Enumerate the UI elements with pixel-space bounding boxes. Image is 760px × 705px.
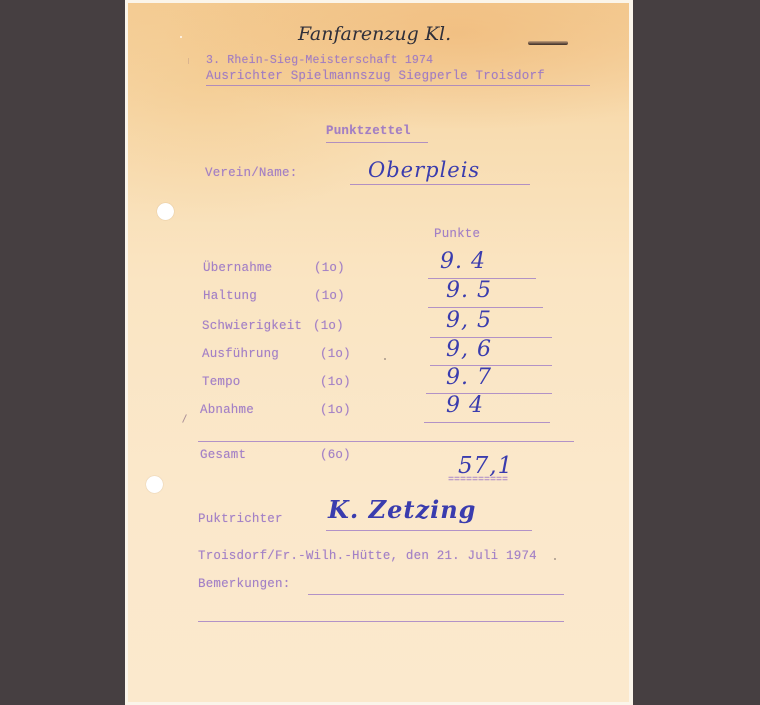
- speck: [384, 358, 386, 360]
- header-underline: [206, 85, 590, 86]
- remarks-label: Bemerkungen:: [198, 577, 290, 591]
- criterion-max: (1o): [320, 347, 351, 361]
- criterion-max: (1o): [320, 375, 351, 389]
- viewer-background: Fanfarenzug Kl. 3. Rhein-Sieg-Meistersch…: [0, 0, 760, 705]
- criterion-label: Schwierigkeit: [202, 319, 302, 333]
- total-max: (6o): [320, 448, 351, 462]
- speck: [554, 558, 556, 560]
- form-title-underline: [326, 142, 428, 143]
- points-column-header: Punkte: [434, 227, 480, 241]
- stray-mark: [182, 414, 187, 423]
- criterion-max: (1o): [314, 261, 345, 275]
- form-title: Punktzettel: [326, 124, 411, 138]
- criterion-score: 9. 5: [446, 278, 492, 303]
- criterion-label: Ausführung: [202, 347, 279, 361]
- score-underline: [426, 393, 552, 394]
- club-name-underline: [350, 184, 530, 185]
- club-name-value: Oberpleis: [368, 158, 480, 182]
- judge-label: Puktrichter: [198, 512, 283, 526]
- criterion-label: Übernahme: [203, 261, 272, 275]
- championship-line: 3. Rhein-Sieg-Meisterschaft 1974: [206, 54, 433, 67]
- place-and-date: Troisdorf/Fr.-Wilh.-Hütte, den 21. Juli …: [198, 549, 537, 563]
- criterion-score: 9 4: [446, 393, 484, 418]
- criterion-max: (1o): [314, 289, 345, 303]
- hole-punch-bottom: [146, 476, 163, 493]
- criterion-label: Haltung: [203, 289, 257, 303]
- club-name-label: Verein/Name:: [205, 166, 297, 180]
- speck: [188, 58, 189, 64]
- criterion-score: 9, 6: [446, 337, 492, 362]
- total-double-underline: ==========: [448, 475, 508, 486]
- hole-punch-top: [157, 203, 174, 220]
- criterion-score: 9, 5: [446, 308, 492, 333]
- remarks-line-2: [198, 621, 564, 622]
- organizer-line: Ausrichter Spielmannszug Siegperle Trois…: [206, 69, 545, 83]
- judge-signature-underline: [326, 530, 532, 531]
- score-sheet-paper: Fanfarenzug Kl. 3. Rhein-Sieg-Meistersch…: [128, 3, 629, 702]
- criterion-max: (1o): [313, 319, 344, 333]
- remarks-line-1: [308, 594, 564, 595]
- criterion-label: Abnahme: [200, 403, 254, 417]
- criterion-score: 9. 7: [446, 365, 492, 390]
- handwritten-class-title: Fanfarenzug Kl.: [298, 23, 451, 45]
- judge-signature: K. Zetzing: [328, 495, 476, 524]
- total-label: Gesamt: [200, 448, 246, 462]
- criterion-label: Tempo: [202, 375, 241, 389]
- speck: [180, 36, 182, 38]
- criterion-score: 9. 4: [440, 249, 486, 274]
- score-underline: [424, 422, 550, 423]
- criterion-max: (1o): [320, 403, 351, 417]
- paper-clip-mark: [528, 41, 568, 45]
- total-separator: [198, 441, 574, 442]
